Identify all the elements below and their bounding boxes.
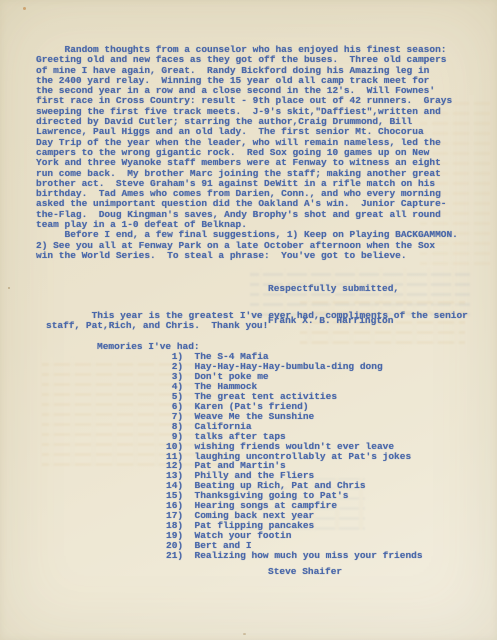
closing-block: Respectfully submitted, Frank X. B. Harr… (268, 262, 399, 348)
memory-text: Realizing how much you miss your friends (183, 550, 422, 561)
closing-phrase: Respectfully submitted, (268, 284, 399, 295)
memory-number: 21) (166, 551, 183, 561)
letter-page: Random thoughts from a counselor who has… (0, 0, 497, 640)
memories-list: 1) The S-4 Mafia 2) Hay-Hay-Hay-Hay-bumb… (166, 352, 423, 561)
opening-paragraph: Random thoughts from a counselor who has… (36, 45, 458, 261)
memory-item: 21) Realizing how much you miss your fri… (166, 551, 423, 561)
paper-speck (8, 287, 10, 289)
paper-speck (23, 7, 26, 10)
thanks-paragraph: This year is the greatest I've ever had,… (46, 311, 468, 332)
paper-speck (243, 633, 246, 635)
signature: Steve Shaifer (268, 567, 342, 577)
text-line: staff, Pat,Rich, and Chris. Thank you! (46, 321, 468, 331)
text-line: win the World Series. To steal a phrase:… (36, 251, 458, 261)
